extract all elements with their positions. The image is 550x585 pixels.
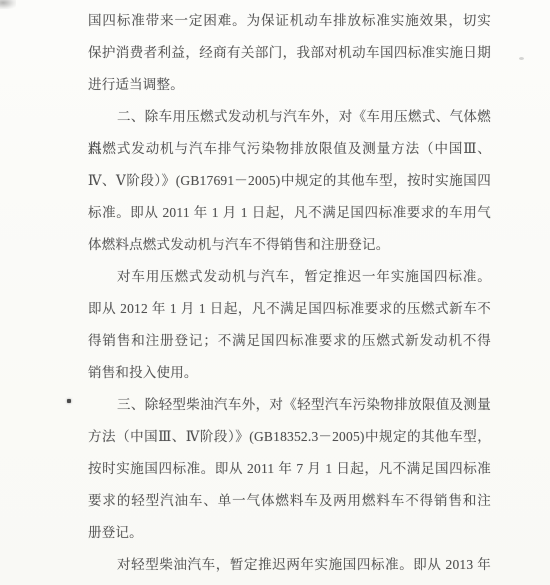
document-line: 得销售和注册登记；不满足国四标准要求的压燃式新发动机不得 <box>88 325 491 357</box>
document-line: 三、除轻型柴油汽车外，对《轻型汽车污染物排放限值及测量 <box>88 389 491 421</box>
document-page: 国四标准带来一定困难。为保证机动车排放标准实施效果，切实保护消费者利益，经商有关… <box>0 0 550 585</box>
document-line: 点燃式发动机与汽车排气污染物排放限值及测量方法（中国Ⅲ、 <box>88 133 491 165</box>
document-line: Ⅳ、Ⅴ阶段）》(GB17691－2005)中规定的其他车型，按时实施国四 <box>88 165 491 197</box>
document-line: 对轻型柴油汽车，暂定推迟两年实施国四标准。即从 2013 年 <box>88 549 491 581</box>
document-line: 方法（中国Ⅲ、Ⅳ阶段）》(GB18352.3－2005)中规定的其他车型， <box>88 421 491 453</box>
scan-smudge-top-left <box>0 0 16 9</box>
document-line: 国四标准带来一定困难。为保证机动车排放标准实施效果，切实 <box>88 5 491 37</box>
ink-speck <box>67 399 71 403</box>
document-line: 二、除车用压燃式发动机与汽车外，对《车用压燃式、气体燃料 <box>88 101 491 133</box>
document-line: 要求的轻型汽油车、单一气体燃料车及两用燃料车不得销售和注 <box>88 485 491 517</box>
document-line: 进行适当调整。 <box>88 69 491 101</box>
document-line: 对车用压燃式发动机与汽车，暂定推迟一年实施国四标准。 <box>88 261 491 293</box>
document-line: 销售和投入使用。 <box>88 357 491 389</box>
document-text-block: 国四标准带来一定困难。为保证机动车排放标准实施效果，切实保护消费者利益，经商有关… <box>88 5 491 581</box>
document-line: 即从 2012 年 1 月 1 日起，凡不满足国四标准要求的压燃式新车不 <box>88 293 491 325</box>
document-line: 册登记。 <box>88 517 491 549</box>
document-line: 保护消费者利益，经商有关部门，我部对机动车国四标准实施日期 <box>88 37 491 69</box>
document-line: 标准。即从 2011 年 1 月 1 日起，凡不满足国四标准要求的车用气 <box>88 197 491 229</box>
scan-speck <box>519 57 524 60</box>
document-line: 按时实施国四标准。即从 2011 年 7 月 1 日起，凡不满足国四标准 <box>88 453 491 485</box>
document-line: 体燃料点燃式发动机与汽车不得销售和注册登记。 <box>88 229 491 261</box>
